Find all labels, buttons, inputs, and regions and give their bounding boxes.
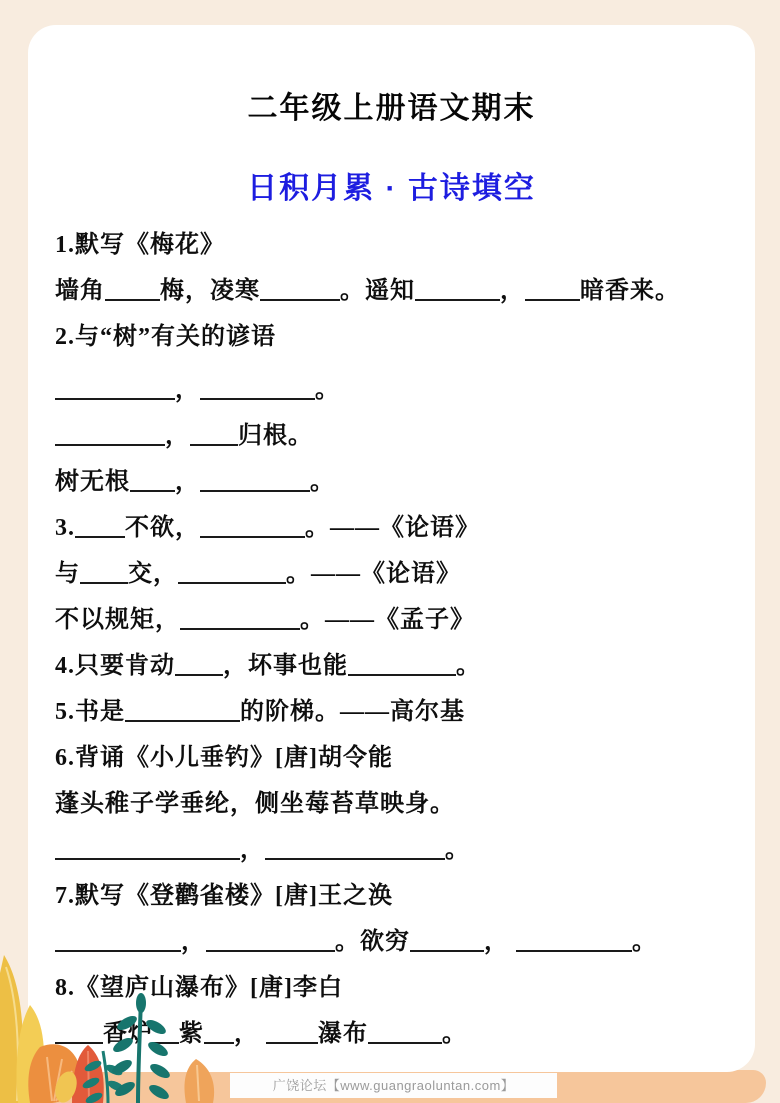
worksheet-line: 墙角梅，凌寒。遥知，暗香来。 (55, 268, 745, 314)
line-text: 1.默写《梅花》 (55, 232, 225, 258)
worksheet-line: ，归根。 (55, 413, 745, 459)
fill-in-blank (525, 295, 580, 301)
line-text: 瀑布 (318, 1021, 368, 1047)
fill-in-blank (125, 716, 240, 722)
line-text: 不以规矩， (55, 607, 180, 633)
line-text: 梅，凌寒 (160, 278, 260, 304)
line-text: 6.背诵《小儿垂钓》[唐]胡令能 (55, 745, 393, 771)
fill-in-blank (105, 295, 160, 301)
line-text: 。——《论语》 (286, 561, 461, 587)
line-text: ，坏事也能 (223, 653, 348, 679)
worksheet-line: ，。 (55, 827, 745, 873)
fill-in-blank (55, 854, 240, 860)
line-text: ， (181, 929, 206, 955)
fill-in-blank (55, 946, 181, 952)
fill-in-blank (200, 532, 305, 538)
line-text: 归根。 (238, 423, 313, 449)
worksheet-line: 2.与“树”有关的谚语 (55, 314, 745, 360)
line-text: 4.只要肯动 (55, 653, 175, 679)
worksheet-line: 3.不欲，。——《论语》 (55, 505, 745, 551)
line-text: 。欲穷 (335, 929, 410, 955)
plant-decoration (0, 953, 235, 1103)
fill-in-blank (130, 486, 175, 492)
fill-in-blank (80, 578, 128, 584)
line-text: 树无根 (55, 469, 130, 495)
worksheet-line: 与交，。——《论语》 (55, 551, 745, 597)
fill-in-blank (200, 486, 310, 492)
section-subtitle: 日积月累 · 古诗填空 (28, 163, 755, 207)
line-text: ， (234, 1021, 266, 1047)
orange-side-leaf-icon (184, 1059, 214, 1103)
worksheet-line: 6.背诵《小儿垂钓》[唐]胡令能 (55, 735, 745, 781)
line-text: 的阶梯。——高尔基 (240, 699, 465, 725)
worksheet-line: 不以规矩，。——《孟子》 (55, 597, 745, 643)
worksheet-line: 树无根，。 (55, 459, 745, 505)
worksheet-line: 蓬头稚子学垂纶，侧坐莓苔草映身。 (55, 781, 745, 827)
line-text: 。——《论语》 (305, 515, 480, 541)
line-text: 不欲， (125, 515, 200, 541)
fill-in-blank (180, 624, 300, 630)
worksheet-line: 1.默写《梅花》 (55, 222, 745, 268)
worksheet-line: 5.书是的阶梯。——高尔基 (55, 689, 745, 735)
line-text: 7.默写《登鹳雀楼》[唐]王之涣 (55, 883, 393, 909)
fill-in-blank (516, 946, 632, 952)
line-text: ， (175, 469, 200, 495)
line-text: 蓬头稚子学垂纶，侧坐莓苔草映身。 (55, 791, 455, 817)
line-text: 与 (55, 561, 80, 587)
line-text: 5.书是 (55, 699, 125, 725)
watermark-bar: 广饶论坛【www.guangraoluntan.com】 (230, 1073, 557, 1098)
line-text: ， (240, 837, 265, 863)
fill-in-blank (200, 394, 315, 400)
line-text: 。 (315, 377, 340, 403)
fill-in-blank (55, 440, 165, 446)
fill-in-blank (55, 394, 175, 400)
fill-in-blank (75, 532, 125, 538)
fill-in-blank (175, 670, 223, 676)
fill-in-blank (348, 670, 456, 676)
fill-in-blank (410, 946, 484, 952)
line-text: ， (165, 423, 190, 449)
line-text: 墙角 (55, 278, 105, 304)
line-text: 。——《孟子》 (300, 607, 475, 633)
line-text: 3. (55, 515, 75, 541)
line-text: ， (484, 929, 516, 955)
line-text: 。 (632, 929, 657, 955)
worksheet-line: ，。 (55, 367, 745, 413)
fill-in-blank (178, 578, 286, 584)
line-text: 。 (445, 837, 470, 863)
fill-in-blank (265, 854, 445, 860)
worksheet-page: 二年级上册语文期末 日积月累 · 古诗填空 1.默写《梅花》墙角梅，凌寒。遥知，… (0, 0, 780, 1103)
page-title: 二年级上册语文期末 (28, 83, 755, 127)
line-text: 。遥知 (340, 278, 415, 304)
worksheet-line: 4.只要肯动，坏事也能。 (55, 643, 745, 689)
line-text: 。 (310, 469, 335, 495)
worksheet-content: 1.默写《梅花》墙角梅，凌寒。遥知，暗香来。2.与“树”有关的谚语，。，归根。树… (55, 222, 745, 1057)
worksheet-line: 7.默写《登鹳雀楼》[唐]王之涣 (55, 873, 745, 919)
fill-in-blank (266, 1038, 318, 1044)
line-text: ， (175, 377, 200, 403)
line-text: ， (500, 278, 525, 304)
paper-card: 二年级上册语文期末 日积月累 · 古诗填空 1.默写《梅花》墙角梅，凌寒。遥知，… (28, 25, 755, 1072)
line-text: 。 (442, 1021, 467, 1047)
line-text: 交， (128, 561, 178, 587)
fill-in-blank (260, 295, 340, 301)
fill-in-blank (190, 440, 238, 446)
line-text: 暗香来。 (580, 278, 680, 304)
line-text: 2.与“树”有关的谚语 (55, 324, 276, 350)
fill-in-blank (368, 1038, 442, 1044)
line-text: 。 (456, 653, 481, 679)
fill-in-blank (415, 295, 500, 301)
fill-in-blank (206, 946, 335, 952)
